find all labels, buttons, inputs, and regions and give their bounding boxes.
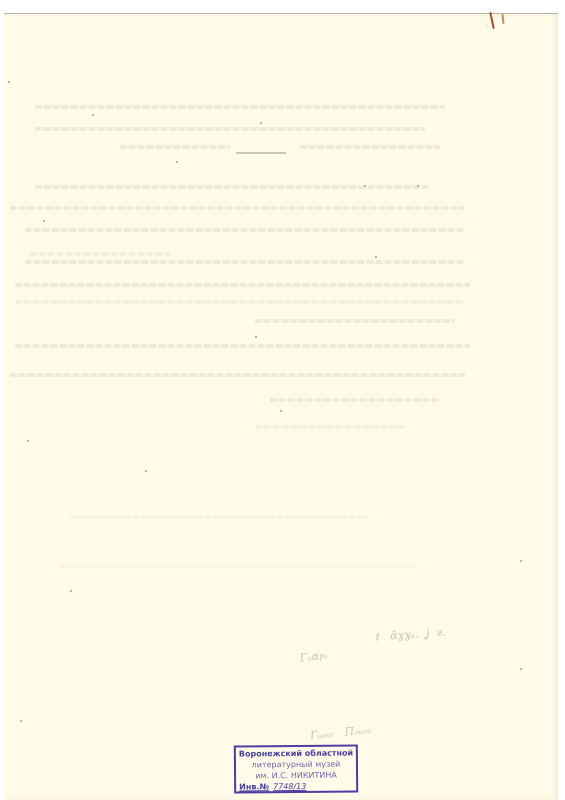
museum-stamp: Воронежский областной литературный музей… [234,744,358,793]
inventory-number: 7748/13 [273,781,306,792]
stamp-line-3: им. И.С. НИКИТИНА [239,770,353,782]
paper-sheet [4,13,558,800]
inventory-label: Инв.№ [239,781,269,792]
stamp-inventory: Инв.№ 7748/13 [239,781,353,793]
